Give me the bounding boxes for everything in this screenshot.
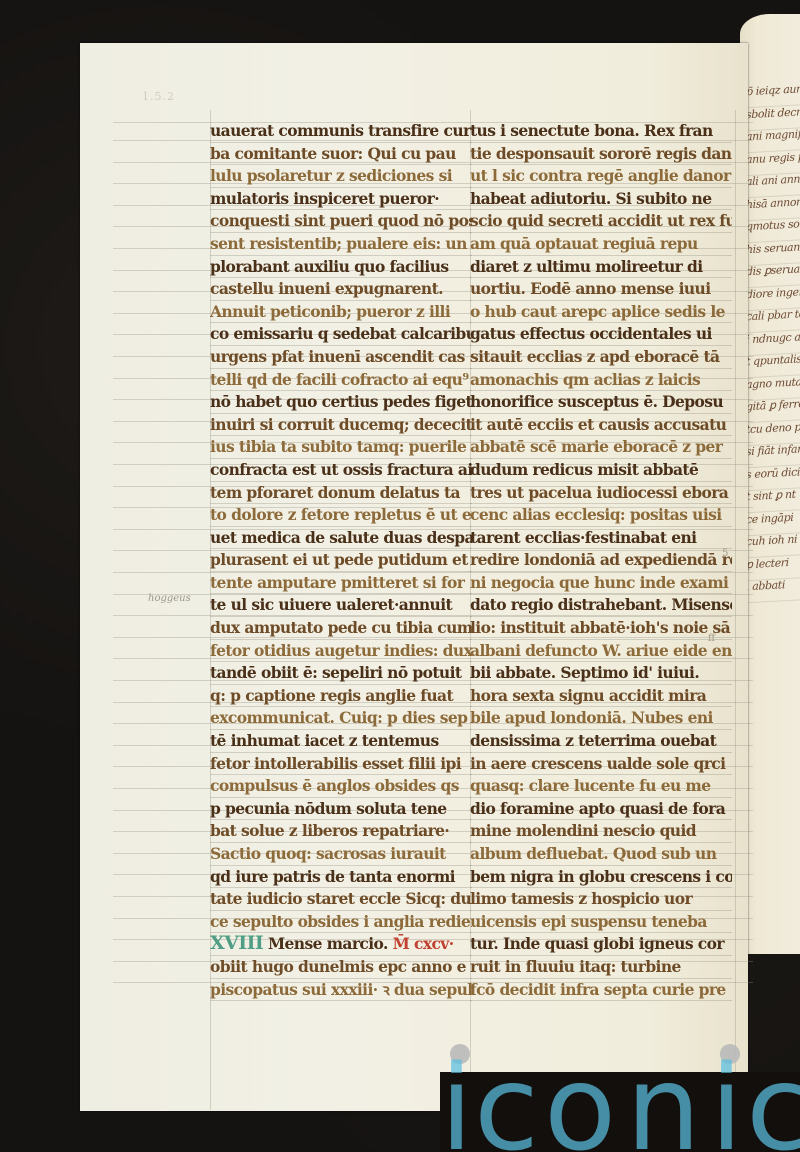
manuscript-line: piscopatus sui xxxiii· ꝛ dua sepul [210,979,472,1002]
manuscript-line: Sactio quoq: sacrosas iurauit [210,843,472,866]
manuscript-line: cenc alias ecclesiq: positas uisi [470,504,732,527]
manuscript-line: ut l sic contra regē anglie danor [470,165,732,188]
manuscript-line: ni negocia que hunc inde exami [470,572,732,595]
manuscript-line: uicensis epi suspensu teneba [470,911,732,934]
manuscript-line: tem pforaret donum delatus ta [210,482,472,505]
green-initial: XVIII [210,933,263,954]
page-bottom-shadow [440,1072,800,1152]
manuscript-line: co emissariu q sedebat calcaribus [210,323,472,346]
manuscript-line: ruit in fluuiu itaq: turbine [470,956,732,979]
manuscript-line: fetor intollerabilis esset filii ipi [210,753,472,776]
margin-mark: 5 [722,548,728,559]
manuscript-line: album defluebat. Quod sub un [470,843,732,866]
manuscript-line: o hub caut arepc aplice sedis le [470,301,732,324]
manuscript-line: tate iudicio staret eccle Sicq: du [210,888,472,911]
facing-page-fragment: p̄ ieiqz auri cunisbolit decrematāani ma… [740,14,800,954]
ruling-column-line [735,110,736,1110]
manuscript-line: conquesti sint pueri quod nō pos [210,210,472,233]
manuscript-line: uauerat communis transfire cur [210,120,472,143]
manuscript-line: inuiri si corruit ducemq; dececit eu [210,414,472,437]
manuscript-line: tente amputare pmitteret si for [210,572,472,595]
manuscript-line: it autē ecciis et causis accusatu [470,414,732,437]
manuscript-line: castellu inueni expugnarent. [210,278,472,301]
manuscript-line: lulu psolaretur z sediciones si [210,165,472,188]
manuscript-line: hora sexta signu accidit mira [470,685,732,708]
facing-page-line: agno mutatur cū [740,375,800,401]
manuscript-line: redire londoniā ad expediendā reg [470,549,732,572]
manuscript-line: urgens pfat inuenī ascendit cas [210,346,472,369]
manuscript-line: tē inhumat iacet z tentemus [210,730,472,753]
manuscript-line: fcō decidit infra septa curie pre [470,979,732,1002]
manuscript-line: bat solue z liberos repatriare· [210,820,472,843]
manuscript-line: ius tibia ta subito tamq: puerile [210,436,472,459]
right-text-column: tus i senectute bona. Rex frantie despon… [470,120,732,1001]
manuscript-line: diaret z ultimu molireetur di [470,256,732,279]
manuscript-line: tur. Inde quasi globi igneus cor [470,933,732,956]
facing-page-line: cali pbar tot regis [740,307,800,333]
manuscript-line: tandē obiit ē: sepeliri nō potuit [210,662,472,685]
manuscript-line: sent resistentib; pualere eis: un [210,233,472,256]
manuscript-line: habeat adiutoriu. Si subito ne [470,188,732,211]
manuscript-line: plurasent ei ut pede putidum et fe [210,549,472,572]
manuscript-line: albani defuncto W. ariue eide eno [470,640,732,663]
manuscript-line: to dolore z fetore repletus ē ut eu [210,504,472,527]
manuscript-line: qd iure patris de tanta enormi [210,866,472,889]
manuscript-line: dudum redicus misit abbatē [470,459,732,482]
manuscript-line: am quā optauat regiuā repu [470,233,732,256]
margin-annotation: hoggeus [148,593,191,604]
facing-page-line: sbolit decrematā [740,105,800,131]
manuscript-line: dato regio distrahebant. Misensem [470,594,732,617]
manuscript-line: tus i senectute bona. Rex fran [470,120,732,143]
manuscript-line: mulatoris inspiceret pueror· [210,188,472,211]
year-entry-text: Mense marcio. [263,934,392,953]
facing-page-line: hisā annonantes [740,195,800,221]
facing-page-line: gitā ꝑ ferre [740,397,800,423]
manuscript-line: excommunicat. Cuiq: p dies sep [210,707,472,730]
facing-page-line: ꝑ lecteri [740,555,800,581]
facing-page-line: s eorū dicit [740,465,800,491]
manuscript-line: XVIII Mense marcio. M̄ cxcv· [210,933,472,956]
facing-page-line: t sint ꝑ nt [740,487,800,513]
manuscript-line: q: p captione regis anglie fuat [210,685,472,708]
manuscript-line: abbatē scē marie eboracē z per [470,436,732,459]
manuscript-line: obiit hugo dunelmis epc anno e [210,956,472,979]
facing-page-line: cuh ioh ni [740,532,800,558]
manuscript-line: ba comitante suor: Qui cu pau [210,143,472,166]
manuscript-line: in aere crescens ualde sole qrci [470,753,732,776]
manuscript-line: nō habet quo certius pedes figet [210,391,472,414]
facing-page-line: . abbati [740,577,800,603]
manuscript-line: tres ut pacelua iudiocessi ebora [470,482,732,505]
margin-mark: ff [708,633,715,644]
manuscript-line: compulsus ē anglos obsides qs [210,775,472,798]
manuscript-line: limo tamesis z hospicio uor [470,888,732,911]
folio-number: 1.5.2 [142,90,175,103]
manuscript-line: dux amputato pede cu tibia cum [210,617,472,640]
manuscript-line: tie desponsauit sororē regis danor [470,143,732,166]
manuscript-line: honorifice susceptus ē. Deposu [470,391,732,414]
manuscript-line: lio: instituit abbatē·ioh's noie sā [470,617,732,640]
manuscript-line: plorabant auxiliu quo facilius [210,256,472,279]
manuscript-line: scio quid secreti accidit ut rex fu [470,210,732,233]
manuscript-line: uet medica de salute duas despari [210,527,472,550]
red-year-number: M̄ cxcv· [393,934,454,953]
facing-page-line: his seruantes ad [740,240,800,266]
facing-page-line: p̄ ieiqz auri cuni [740,82,800,108]
manuscript-line: quasq: clare lucente fu eu me [470,775,732,798]
manuscript-line: amonachis qm aclias z laicis [470,369,732,392]
facing-page-line: anu regis pladessima [740,150,800,176]
manuscript-line: bile apud londoniā. Nubes eni [470,707,732,730]
manuscript-line: ce sepulto obsides i anglia redierit· [210,911,472,934]
facing-page-line: dis ꝑseruauda [740,262,800,288]
left-text-column: uauerat communis transfire curba comitan… [210,120,472,1001]
manuscript-line: sitauit ecclias z apd eboracē tā [470,346,732,369]
manuscript-line: bem nigra in globu crescens i co [470,866,732,889]
facing-page-line: qmotus solatpe [740,217,800,243]
manuscript-line: bii abbate. Septimo id' iuiui. [470,662,732,685]
manuscript-line: fetor otidius augetur indies: dux [210,640,472,663]
manuscript-line: densissima z teterrima ouebat [470,730,732,753]
manuscript-line: p pecunia nōdum soluta tene [210,798,472,821]
manuscript-line: gatus effectus occidentales ui [470,323,732,346]
manuscript-line: Annuit peticonib; pueror z illi [210,301,472,324]
manuscript-line: te ul sic uiuere ualeret·annuit [210,594,472,617]
facing-page-line: ce ingāpi [740,510,800,536]
manuscript-line: telli qd de facili cofracto ai equ⁹ [210,369,472,392]
facing-page-line: diore ingentiarū [740,285,800,311]
manuscript-line: dio foramine apto quasi de fora [470,798,732,821]
manuscript-line: tarent ecclias·festinabat eni [470,527,732,550]
facing-page-line: ali ani annonante [740,172,800,198]
manuscript-line: uortiu. Eodē anno mense iuui [470,278,732,301]
manuscript-line: mine molendini nescio quid [470,820,732,843]
manuscript-line: confracta est ut ossis fractura ai [210,459,472,482]
